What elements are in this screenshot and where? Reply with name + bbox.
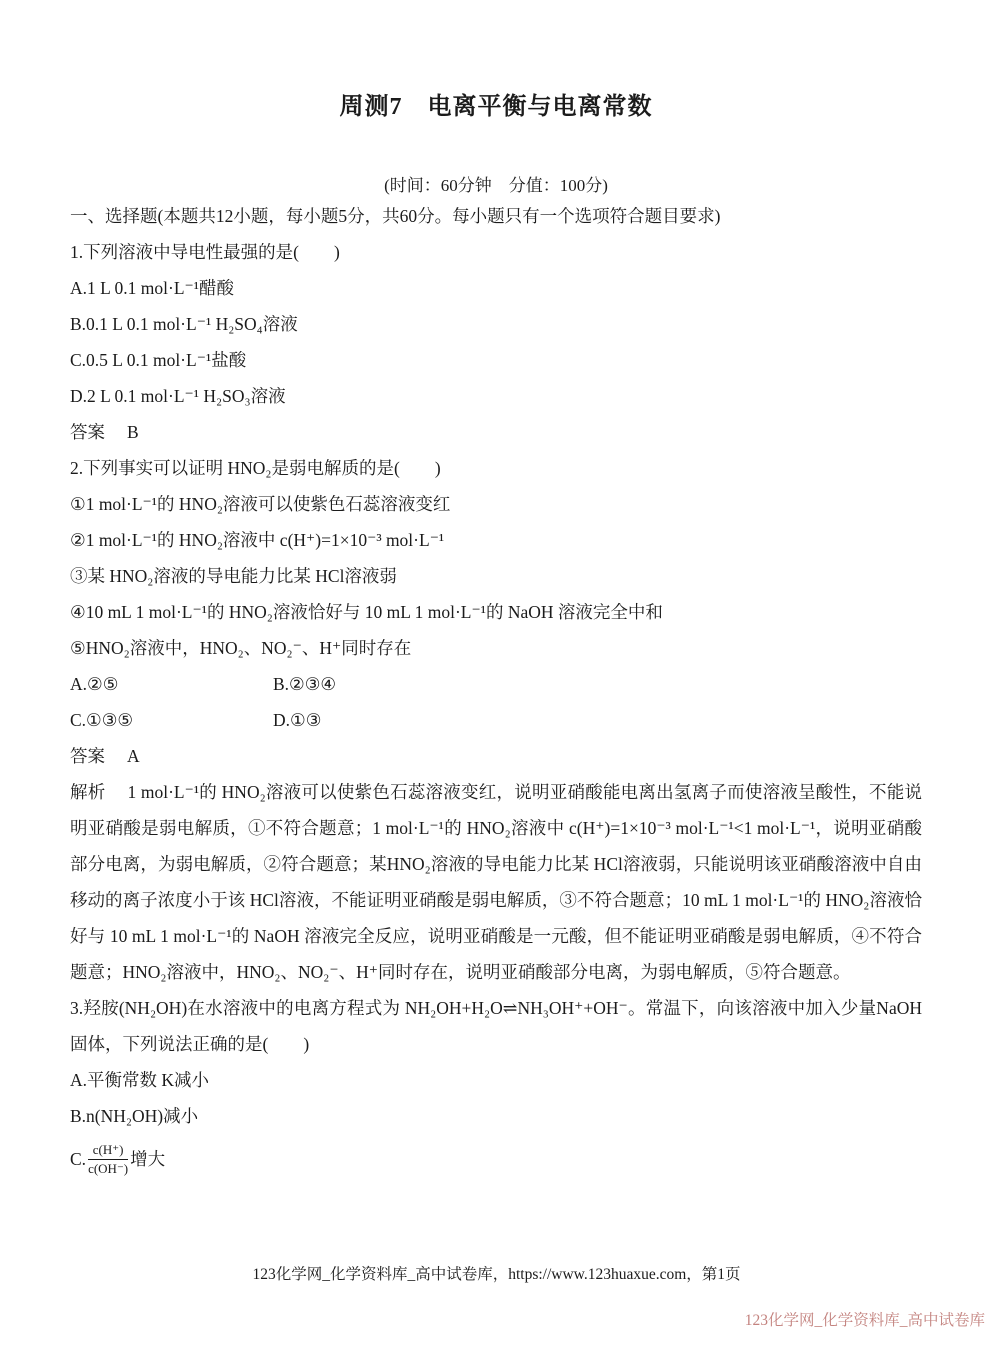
q3-option-c-suffix: 增大: [130, 1134, 165, 1184]
q3-stem: 3.羟胺(NH₂OH)在水溶液中的电离方程式为 NH₂OH+H₂O⇌NH₃OH⁺…: [70, 990, 922, 1062]
q3-option-a: A.平衡常数 K减小: [70, 1062, 922, 1098]
site-watermark: 123化学网_化学资料库_高中试卷库: [745, 1308, 985, 1330]
page-footer: 123化学网_化学资料库_高中试卷库，https://www.123huaxue…: [0, 1262, 993, 1284]
q1-option-a: A.1 L 0.1 mol·L⁻¹醋酸: [70, 270, 922, 306]
q3-option-c-prefix: C.: [70, 1134, 86, 1184]
q2-analysis-label: 解析: [70, 782, 105, 802]
q2-option-a: A.②⑤: [70, 666, 273, 702]
q2-option-c: C.①③⑤: [70, 702, 273, 738]
q2-statement-3: ③某 HNO₂溶液的导电能力比某 HCl溶液弱: [70, 558, 922, 594]
q2-options-row-2: C.①③⑤D.①③: [70, 702, 922, 738]
q2-option-d: D.①③: [273, 710, 321, 730]
q2-answer-value: A: [127, 746, 140, 766]
q1-answer-value: B: [127, 422, 139, 442]
q2-statement-5: ⑤HNO₂溶液中，HNO₂、NO₂⁻、H⁺同时存在: [70, 630, 922, 666]
q2-statement-4: ④10 mL 1 mol·L⁻¹的 HNO₂溶液恰好与 10 mL 1 mol·…: [70, 594, 922, 630]
q2-answer-line: 答案A: [70, 738, 922, 774]
q1-option-b: B.0.1 L 0.1 mol·L⁻¹ H₂SO₄溶液: [70, 306, 922, 342]
q2-analysis: 解析1 mol·L⁻¹的 HNO₂溶液可以使紫色石蕊溶液变红，说明亚硝酸能电离出…: [70, 774, 922, 990]
fraction-denominator: c(OH⁻): [88, 1160, 128, 1177]
q1-option-c: C.0.5 L 0.1 mol·L⁻¹盐酸: [70, 342, 922, 378]
q2-answer-label: 答案: [70, 746, 105, 766]
page-title: 周测7 电离平衡与电离常数: [70, 0, 922, 122]
q2-options-row-1: A.②⑤B.②③④: [70, 666, 922, 702]
q3-option-c-fraction: c(H⁺)c(OH⁻): [88, 1142, 128, 1177]
q1-answer-line: 答案B: [70, 414, 922, 450]
q2-statement-2: ②1 mol·L⁻¹的 HNO₂溶液中 c(H⁺)=1×10⁻³ mol·L⁻¹: [70, 522, 922, 558]
fraction-numerator: c(H⁺): [88, 1142, 128, 1160]
q2-statement-1: ①1 mol·L⁻¹的 HNO₂溶液可以使紫色石蕊溶液变红: [70, 486, 922, 522]
q1-stem: 1.下列溶液中导电性最强的是( ): [70, 234, 922, 270]
q3-option-c: C.c(H⁺)c(OH⁻)增大: [70, 1134, 922, 1184]
q2-stem: 2.下列事实可以证明 HNO₂是弱电解质的是( ): [70, 450, 922, 486]
page-content: 周测7 电离平衡与电离常数 (时间：60分钟 分值：100分) 一、选择题(本题…: [70, 0, 922, 1184]
exam-meta: (时间：60分钟 分值：100分): [70, 174, 922, 198]
q1-answer-label: 答案: [70, 422, 105, 442]
q3-option-b: B.n(NH₂OH)减小: [70, 1098, 922, 1134]
document-page: 周测7 电离平衡与电离常数 (时间：60分钟 分值：100分) 一、选择题(本题…: [0, 0, 993, 1347]
section-heading: 一、选择题(本题共12小题，每小题5分，共60分。每小题只有一个选项符合题目要求…: [70, 198, 922, 234]
q1-option-d: D.2 L 0.1 mol·L⁻¹ H₂SO₃溶液: [70, 378, 922, 414]
q2-analysis-text: 1 mol·L⁻¹的 HNO₂溶液可以使紫色石蕊溶液变红，说明亚硝酸能电离出氢离…: [70, 782, 922, 982]
q2-option-b: B.②③④: [273, 674, 336, 694]
